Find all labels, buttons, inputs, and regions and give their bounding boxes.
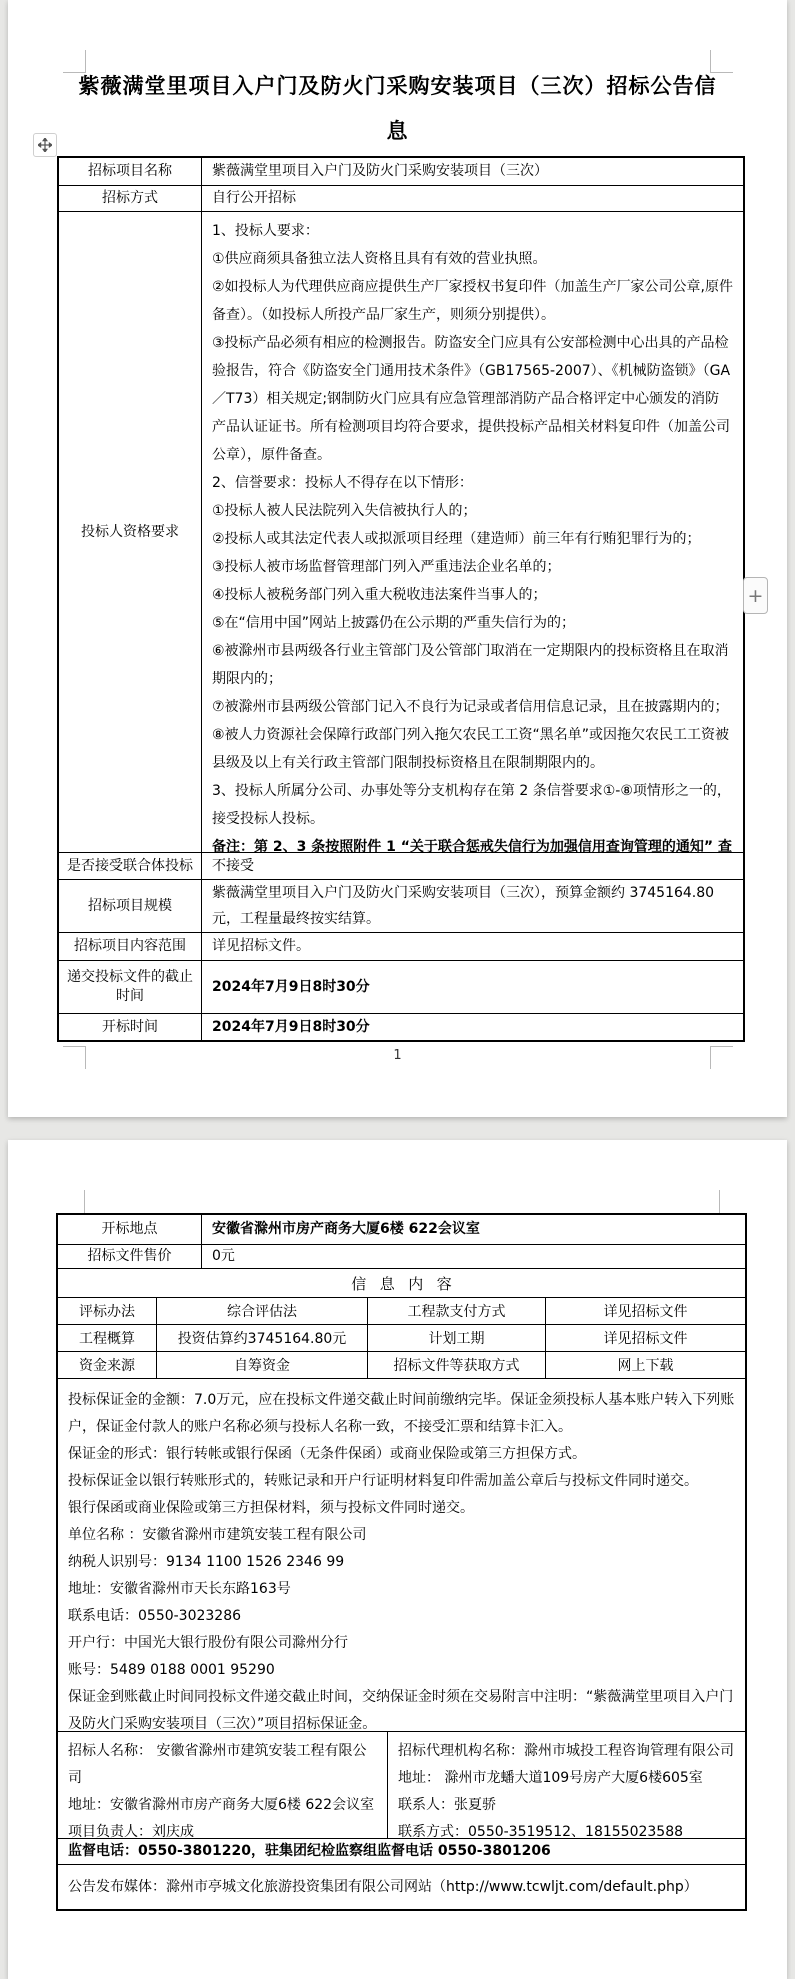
row-value: 0元 bbox=[202, 1245, 745, 1268]
grid-label: 工程概算 bbox=[58, 1325, 157, 1351]
grid-label: 评标办法 bbox=[58, 1298, 157, 1324]
table-section-header-row: 信息内容 bbox=[58, 1268, 745, 1297]
grid-label: 计划工期 bbox=[368, 1325, 546, 1351]
deposit-paragraph: 保证金到账截止时间同投标文件递交截止时间，交纳保证金时须在交易附言中注明：“紫薇… bbox=[68, 1684, 735, 1731]
deposit-paragraph: 账号：5489 0188 0001 95290 bbox=[68, 1657, 735, 1684]
table-row: 招标项目名称 紫薇满堂里项目入户门及防火门采购安装项目（三次） bbox=[59, 158, 743, 185]
table-row: 招标文件售价 0元 bbox=[58, 1244, 745, 1268]
table-row: 资金来源 自筹资金 招标文件等获取方式 网上下载 bbox=[58, 1351, 745, 1378]
table-move-handle[interactable] bbox=[33, 133, 57, 157]
deposit-paragraph: 地址：安徽省滁州市天长东路163号 bbox=[68, 1576, 735, 1603]
qualification-note: 备注：第 2、3 条按照附件 1 “关于联合惩戒失信行为加强信用查询管理的通知”… bbox=[212, 833, 733, 852]
document-viewer: { "title": { "line1": "紫薇满堂里项目入户门及防火门采购安… bbox=[0, 0, 795, 1979]
row-label: 招标项目名称 bbox=[59, 158, 202, 185]
qualification-paragraph: ③投标人被市场监督管理部门列入严重违法企业名单的； bbox=[212, 553, 733, 581]
row-value: 安徽省滁州市房产商务大厦6楼 622会议室 bbox=[202, 1215, 745, 1244]
table-row-contacts: 招标人名称： 安徽省滁州市建筑安装工程有限公司 地址：安徽省滁州市房产商务大厦6… bbox=[58, 1731, 745, 1838]
qualification-paragraph: ⑧被人力资源社会保障行政部门列入拖欠农民工工资“黑名单”或因拖欠农民工工资被县级… bbox=[212, 721, 733, 777]
boundary-mark bbox=[710, 1046, 733, 1047]
agency-contact: 联系人：张夏骄 bbox=[398, 1792, 737, 1819]
qualification-text: 1、投标人要求： ①供应商须具备独立法人资格且具有有效的营业执照。 ②如投标人为… bbox=[202, 212, 743, 852]
row-label: 递交投标文件的截止时间 bbox=[59, 961, 202, 1013]
table-row: 递交投标文件的截止时间 2024年7月9日8时30分 bbox=[59, 960, 743, 1013]
bid-detail-table: 开标地点 安徽省滁州市房产商务大厦6楼 622会议室 招标文件售价 0元 信息内… bbox=[56, 1213, 747, 1911]
document-title-line2: 息 bbox=[8, 109, 787, 154]
grid-label: 招标文件等获取方式 bbox=[368, 1352, 546, 1378]
qualification-paragraph: 2、信誉要求：投标人不得存在以下情形： bbox=[212, 469, 733, 497]
row-value: 自行公开招标 bbox=[202, 186, 743, 211]
tenderer-address: 地址：安徽省滁州市房产商务大厦6楼 622会议室 bbox=[68, 1792, 379, 1819]
qualification-paragraph: ①供应商须具备独立法人资格且具有有效的营业执照。 bbox=[212, 245, 733, 273]
table-row-qualification: 投标人资格要求 1、投标人要求： ①供应商须具备独立法人资格且具有有效的营业执照… bbox=[59, 211, 743, 852]
table-row: 招标方式 自行公开招标 bbox=[59, 185, 743, 211]
row-label: 招标文件售价 bbox=[58, 1245, 202, 1268]
qualification-paragraph: ③投标产品必须有相应的检测报告。防盗安全门应具有公安部检测中心出具的产品检验报告… bbox=[212, 329, 733, 469]
announcement-media: 公告发布媒体：滁州市亭城文化旅游投资集团有限公司网站（http://www.tc… bbox=[58, 1865, 745, 1909]
grid-label: 工程款支付方式 bbox=[368, 1298, 546, 1324]
deposit-paragraph: 单位名称 ：安徽省滁州市建筑安装工程有限公司 bbox=[68, 1522, 735, 1549]
document-title: 紫薇满堂里项目入户门及防火门采购安装项目（三次）招标公告信 息 bbox=[8, 64, 787, 154]
agency-address: 地址： 滁州市龙蟠大道109号房产大厦6楼605室 bbox=[398, 1765, 737, 1792]
table-row: 是否接受联合体投标 不接受 bbox=[59, 852, 743, 879]
row-value: 紫薇满堂里项目入户门及防火门采购安装项目（三次），预算金额约 3745164.8… bbox=[202, 880, 743, 932]
qualification-paragraph: ⑤在“信用中国”网站上披露仍在公示期的严重失信行为的； bbox=[212, 609, 733, 637]
deposit-paragraph: 联系电话：0550-3023286 bbox=[68, 1603, 735, 1630]
move-arrows-icon bbox=[38, 138, 52, 152]
tenderer-info: 招标人名称： 安徽省滁州市建筑安装工程有限公司 地址：安徽省滁州市房产商务大厦6… bbox=[58, 1732, 388, 1838]
table-row: 招标项目规模 紫薇满堂里项目入户门及防火门采购安装项目（三次），预算金额约 37… bbox=[59, 879, 743, 932]
row-value: 不接受 bbox=[202, 853, 743, 879]
qualification-paragraph: ②如投标人为代理供应商应提供生产厂家授权书复印件（加盖生产厂家公司公章,原件备查… bbox=[212, 273, 733, 329]
grid-value: 自筹资金 bbox=[157, 1352, 368, 1378]
grid-value: 详见招标文件 bbox=[546, 1298, 745, 1324]
agency-info: 招标代理机构名称：滁州市城投工程咨询管理有限公司 地址： 滁州市龙蟠大道109号… bbox=[388, 1732, 745, 1838]
table-row: 工程概算 投资估算约3745164.80元 计划工期 详见招标文件 bbox=[58, 1324, 745, 1351]
row-label: 招标方式 bbox=[59, 186, 202, 211]
table-row-media: 公告发布媒体：滁州市亭城文化旅游投资集团有限公司网站（http://www.tc… bbox=[58, 1864, 745, 1909]
table-row: 开标时间 2024年7月9日8时30分 bbox=[59, 1013, 743, 1040]
table-row: 开标地点 安徽省滁州市房产商务大厦6楼 622会议室 bbox=[58, 1215, 745, 1244]
deposit-paragraph: 投标保证金以银行转账形式的，转账记录和开户行证明材料复印件需加盖公章后与投标文件… bbox=[68, 1468, 735, 1495]
document-page-1: 紫薇满堂里项目入户门及防火门采购安装项目（三次）招标公告信 息 招标项目名称 紫… bbox=[8, 0, 787, 1117]
row-value: 2024年7月9日8时30分 bbox=[202, 961, 743, 1013]
bid-summary-table: 招标项目名称 紫薇满堂里项目入户门及防火门采购安装项目（三次） 招标方式 自行公… bbox=[57, 156, 745, 1042]
page-number: 1 bbox=[8, 1048, 787, 1063]
row-label: 招标项目规模 bbox=[59, 880, 202, 932]
grid-value: 综合评估法 bbox=[157, 1298, 368, 1324]
boundary-mark bbox=[84, 1190, 85, 1213]
row-value: 详见招标文件。 bbox=[202, 933, 743, 960]
qualification-paragraph: ②投标人或其法定代表人或拟派项目经理（建造师）前三年有行贿犯罪行为的； bbox=[212, 525, 733, 553]
table-row-supervision: 监督电话：0550-3801220，驻集团纪检监察组监督电话 0550-3801… bbox=[58, 1838, 745, 1864]
table-row: 招标项目内容范围 详见招标文件。 bbox=[59, 932, 743, 960]
row-label: 投标人资格要求 bbox=[59, 212, 202, 852]
deposit-paragraph: 银行保函或商业保险或第三方担保材料，须与投标文件同时递交。 bbox=[68, 1495, 735, 1522]
plus-icon: + bbox=[748, 585, 764, 607]
table-row-deposit: 投标保证金的金额：7.0万元，应在投标文件递交截止时间前缴纳完毕。保证金须投标人… bbox=[58, 1378, 745, 1731]
grid-value: 详见招标文件 bbox=[546, 1325, 745, 1351]
boundary-mark bbox=[63, 1046, 86, 1047]
deposit-text: 投标保证金的金额：7.0万元，应在投标文件递交截止时间前缴纳完毕。保证金须投标人… bbox=[58, 1379, 745, 1731]
agency-name: 招标代理机构名称：滁州市城投工程咨询管理有限公司 bbox=[398, 1738, 737, 1765]
grid-label: 资金来源 bbox=[58, 1352, 157, 1378]
qualification-paragraph: 3、投标人所属分公司、办事处等分支机构存在第 2 条信誉要求①-⑧项情形之一的，… bbox=[212, 777, 733, 833]
row-label: 是否接受联合体投标 bbox=[59, 853, 202, 879]
document-page-2: 开标地点 安徽省滁州市房产商务大厦6楼 622会议室 招标文件售价 0元 信息内… bbox=[8, 1140, 787, 1979]
qualification-paragraph: ④投标人被税务部门列入重大税收违法案件当事人的； bbox=[212, 581, 733, 609]
row-label: 开标时间 bbox=[59, 1014, 202, 1040]
qualification-paragraph: 1、投标人要求： bbox=[212, 217, 733, 245]
deposit-paragraph: 保证金的形式：银行转帐或银行保函（无条件保函）或商业保险或第三方担保方式。 bbox=[68, 1441, 735, 1468]
grid-value: 网上下载 bbox=[546, 1352, 745, 1378]
tenderer-manager: 项目负责人：刘庆成 bbox=[68, 1819, 379, 1838]
table-row: 评标办法 综合评估法 工程款支付方式 详见招标文件 bbox=[58, 1297, 745, 1324]
section-header: 信息内容 bbox=[58, 1269, 745, 1297]
supervision-phone: 监督电话：0550-3801220，驻集团纪检监察组监督电话 0550-3801… bbox=[58, 1839, 745, 1864]
row-label: 开标地点 bbox=[58, 1215, 202, 1244]
row-label: 招标项目内容范围 bbox=[59, 933, 202, 960]
qualification-paragraph: ⑦被滁州市县两级公管部门记入不良行为记录或者信用信息记录，且在披露期内的； bbox=[212, 693, 733, 721]
deposit-paragraph: 纳税人识别号：9134 1100 1526 2346 99 bbox=[68, 1549, 735, 1576]
agency-phone: 联系方式：0550-3519512、18155023588 bbox=[398, 1819, 737, 1838]
grid-value: 投资估算约3745164.80元 bbox=[157, 1325, 368, 1351]
expand-plus-button[interactable]: + bbox=[743, 577, 768, 614]
deposit-paragraph: 投标保证金的金额：7.0万元，应在投标文件递交截止时间前缴纳完毕。保证金须投标人… bbox=[68, 1387, 735, 1441]
qualification-paragraph: ⑥被滁州市县两级各行业主管部门及公管部门取消在一定期限内的投标资格且在取消期限内… bbox=[212, 637, 733, 693]
qualification-paragraph: ①投标人被人民法院列入失信被执行人的； bbox=[212, 497, 733, 525]
boundary-mark bbox=[719, 1190, 720, 1213]
document-title-line1: 紫薇满堂里项目入户门及防火门采购安装项目（三次）招标公告信 bbox=[8, 64, 787, 109]
row-value: 紫薇满堂里项目入户门及防火门采购安装项目（三次） bbox=[202, 158, 743, 185]
tenderer-name: 招标人名称： 安徽省滁州市建筑安装工程有限公司 bbox=[68, 1738, 379, 1792]
deposit-paragraph: 开户行：中国光大银行股份有限公司滁州分行 bbox=[68, 1630, 735, 1657]
row-value: 2024年7月9日8时30分 bbox=[202, 1014, 743, 1040]
